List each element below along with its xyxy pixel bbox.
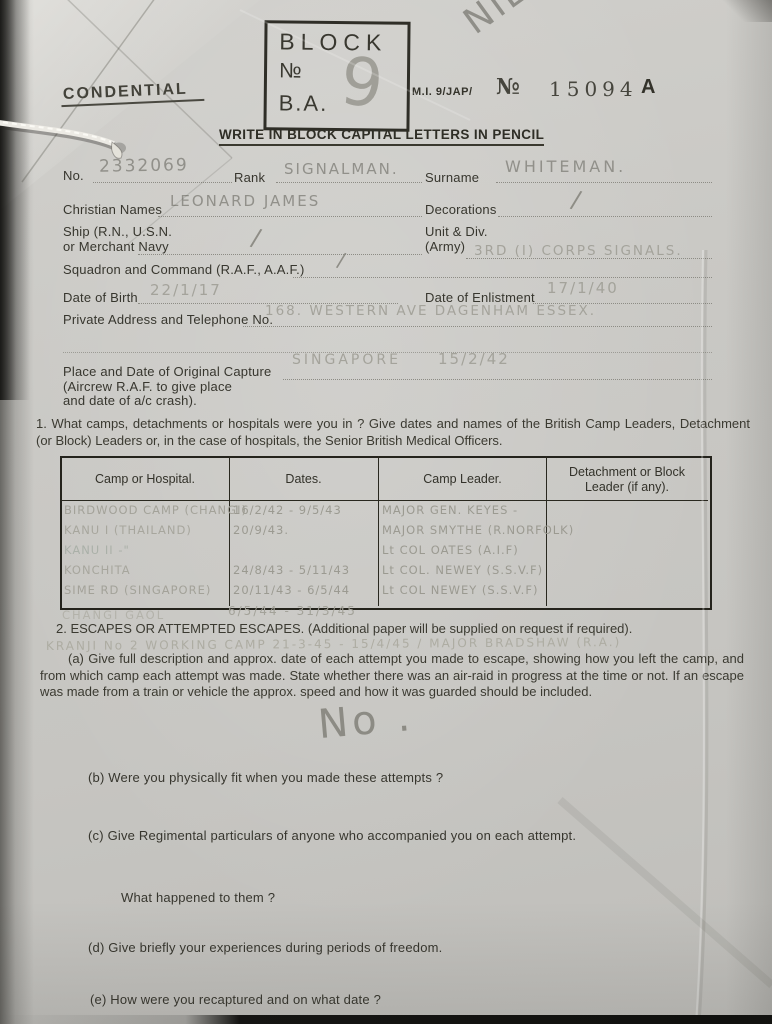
christian-names-label: Christian Names	[63, 202, 162, 217]
decorations-label: Decorations	[425, 202, 497, 217]
leader-entry: MAJOR SMYTHE (R.NORFOLK)	[382, 523, 574, 543]
question-2-text: 2. ESCAPES OR ATTEMPTED ESCAPES. (Additi…	[56, 621, 746, 638]
col-header-detachment: Detachment or Block Leader (if any).	[552, 465, 702, 495]
col-header-camp: Camp or Hospital.	[62, 472, 228, 487]
leader-entry: Lt COL NEWEY (S.S.V.F)	[382, 583, 574, 603]
ship-value-slash: /	[249, 223, 266, 253]
leader-entry: Lt COL OATES (A.I.F)	[382, 543, 574, 563]
punch-hole	[112, 143, 126, 154]
block-box-line2: №	[279, 59, 302, 83]
form-rule	[466, 258, 712, 259]
surname-value: WHITEMAN.	[505, 157, 626, 176]
item-e-text: (e) How were you recaptured and on what …	[90, 992, 381, 1007]
leader-entry: Lt COL. NEWEY (S.S.V.F)	[382, 563, 574, 583]
rank-value: SIGNALMAN.	[284, 160, 399, 178]
camp-entry: KANU II -"	[64, 543, 247, 563]
serial-no-symbol: №	[496, 74, 520, 100]
top-right-corner-shadow	[722, 0, 772, 22]
form-rule	[276, 182, 422, 183]
nil-annotation-handwritten: NIL	[456, 0, 534, 43]
item-d-text: (d) Give briefly your experiences during…	[88, 940, 443, 955]
form-rule	[138, 254, 422, 255]
instruction-heading: WRITE IN BLOCK CAPITAL LETTERS IN PENCIL	[219, 127, 544, 146]
overflow-dates-entry: 6/5/44 - 31/3/45	[228, 604, 357, 618]
item-a-text: (a) Give full description and approx. da…	[40, 651, 744, 701]
scanned-pow-questionnaire-page: CONDENTIAL BLOCK № B.A. 9 M.I. 9/JAP/ № …	[0, 0, 772, 1024]
camp-entry: KANU I (THAILAND)	[64, 523, 247, 543]
service-number-label: No.	[63, 168, 84, 183]
overflow-camp-entry: CHANGI GAOL	[62, 608, 165, 622]
christian-names-value: LEONARD JAMES	[170, 192, 320, 210]
serial-number: 15094	[549, 77, 638, 101]
serial-suffix: A	[641, 76, 655, 99]
date-entry: 24/8/43 - 5/11/43	[233, 563, 350, 583]
capture-label-line2: (Aircrew R.A.F. to give place	[63, 379, 232, 394]
question-1-text: 1. What camps, detachments or hospitals …	[36, 416, 750, 449]
decorations-value-slash: /	[569, 185, 586, 215]
date-of-birth-label: Date of Birth	[63, 290, 138, 305]
capture-label-line3: and date of a/c crash).	[63, 393, 197, 408]
capture-date-value: 15/2/42	[438, 350, 510, 368]
escape-answer-handwritten: No .	[316, 694, 415, 748]
form-rule	[293, 277, 712, 278]
table-divider	[378, 456, 379, 606]
form-rule	[158, 216, 422, 217]
table-header-rule	[60, 500, 708, 501]
date-entry: 20/9/43.	[233, 523, 350, 543]
diagonal-crease	[560, 800, 772, 985]
capture-label-line1: Place and Date of Original Capture	[63, 364, 271, 379]
ship-label-line2: or Merchant Navy	[63, 239, 169, 254]
scanner-bed-bar	[0, 1015, 772, 1024]
service-number-value: 2332069	[99, 155, 189, 177]
capture-place-value: SINGAPORE	[292, 352, 401, 368]
address-label: Private Address and Telephone No.	[63, 312, 273, 327]
unit-value: 3RD (I) CORPS SIGNALS.	[474, 243, 683, 259]
leader-entries-column: MAJOR GEN. KEYES - MAJOR SMYTHE (R.NORFO…	[382, 503, 574, 603]
col-header-dates: Dates.	[230, 472, 377, 487]
camp-entry: KONCHITA	[64, 563, 247, 583]
form-rule	[496, 182, 712, 183]
item-c-text: (c) Give Regimental particulars of anyon…	[88, 828, 576, 843]
camp-entries-column: BIRDWOOD CAMP (CHANGI) KANU I (THAILAND)…	[64, 503, 247, 603]
date-entry: 20/11/43 - 6/5/44	[233, 583, 350, 603]
item-c2-text: What happened to them ?	[121, 890, 275, 905]
page-spine-shadow-top	[0, 0, 30, 400]
surname-label: Surname	[425, 170, 479, 185]
enlistment-value: 17/1/40	[547, 279, 619, 297]
unit-label-line2: (Army)	[425, 239, 465, 254]
rank-label: Rank	[234, 170, 265, 185]
form-rule	[498, 216, 712, 217]
leader-entry: MAJOR GEN. KEYES -	[382, 503, 574, 523]
block-box-line3: B.A.	[279, 90, 329, 117]
date-entry: 16/2/42 - 9/5/43	[233, 503, 350, 523]
block-number-handwritten: 9	[337, 42, 388, 123]
form-rule	[93, 182, 232, 183]
unit-label-line1: Unit & Div.	[425, 224, 488, 239]
address-value: 168. WESTERN AVE DAGENHAM ESSEX.	[265, 303, 596, 319]
corner-fold-shading	[0, 0, 260, 210]
form-rule	[243, 326, 712, 327]
mi9-reference: M.I. 9/JAP/	[412, 86, 473, 98]
item-b-text: (b) Were you physically fit when you mad…	[88, 770, 443, 785]
date-entry	[233, 543, 350, 563]
form-rule	[283, 379, 712, 380]
date-entries-column: 16/2/42 - 9/5/43 20/9/43. 24/8/43 - 5/11…	[233, 503, 350, 603]
date-of-birth-value: 22/1/17	[150, 281, 222, 299]
squadron-value-slash: /	[335, 247, 349, 272]
ship-label-line1: Ship (R.N., U.S.N.	[63, 224, 172, 239]
block-number-box: BLOCK № B.A. 9	[263, 20, 410, 132]
camp-entry: SIME RD (SINGAPORE)	[64, 583, 247, 603]
squadron-label: Squadron and Command (R.A.F., A.A.F.)	[63, 262, 305, 277]
camp-entry: BIRDWOOD CAMP (CHANGI)	[64, 503, 247, 523]
col-header-leader: Camp Leader.	[380, 472, 545, 487]
